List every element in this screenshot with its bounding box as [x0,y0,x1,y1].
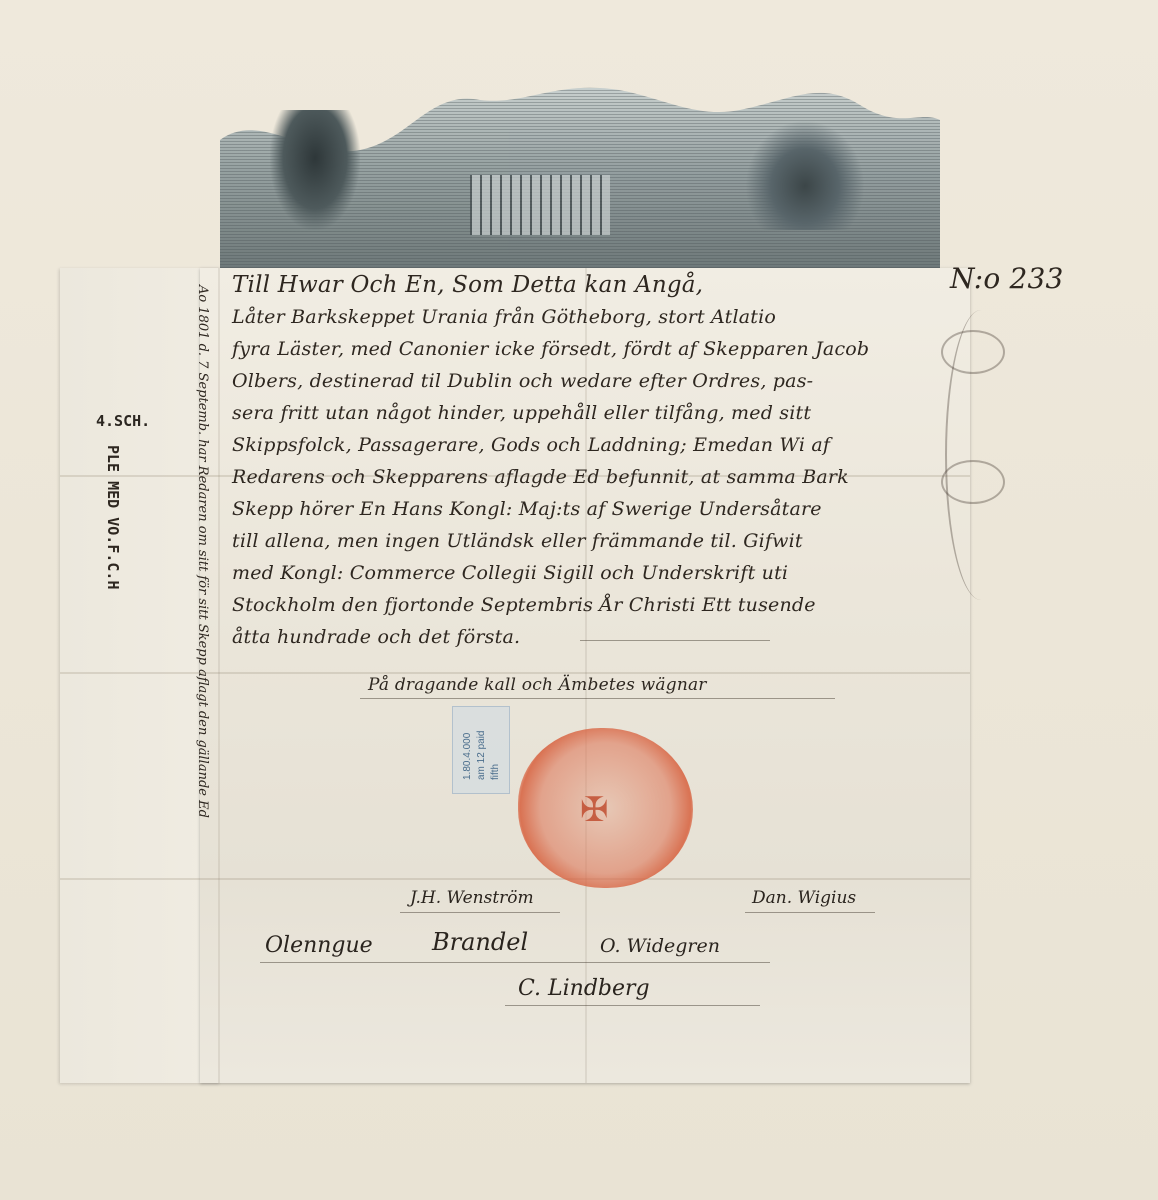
signature-rule [400,912,560,913]
body-line: Olbers, destinerad til Dublin och wedare… [232,370,813,392]
signature: Olenngue [265,933,373,958]
body-line: till allena, men ingen Utländsk eller fr… [232,530,803,552]
vertical-stamp: PLE MED VO.F.C.H [104,445,122,590]
closing-line: På dragande kall och Ämbetes wägnar [368,675,707,695]
body-line: åtta hundrade och det första. [232,626,520,648]
body-line: sera fritt utan något hinder, uppehåll e… [232,402,811,424]
fold-line [218,268,220,1083]
flourish-rule [580,640,770,641]
engraving-tree [270,110,360,230]
body-line: Redarens och Skepparens aflagde Ed befun… [232,466,849,488]
body-line: med Kongl: Commerce Collegii Sigill och … [232,562,788,584]
seal-emblem-icon: ✠ [580,790,609,830]
signature-rule [260,962,770,963]
engraving-crates [470,175,610,235]
signature: Brandel [432,928,528,956]
body-line: Skippsfolck, Passagerare, Gods och Laddn… [232,434,830,456]
calligraphic-flourish [945,310,1017,600]
body-line: Till Hwar Och En, Som Detta kan Angå, [232,272,703,298]
postage-stamp-text: 4.SCH. [96,412,150,430]
signature: J.H. Wenström [410,888,534,908]
sticker-line: 1.80.4.000 [462,733,473,780]
closing-rule [360,698,835,699]
sticker-line: fifth [490,764,501,780]
margin-note: Ao 1801 d. 7 Septemb. har Redaren om sit… [195,285,210,818]
sticker-line: am 12 paid [476,731,487,780]
body-line: fyra Läster, med Canonier icke försedt, … [232,338,869,360]
body-line: Stockholm den fjortonde Septembris År Ch… [232,594,816,616]
body-line: Skepp hörer En Hans Kongl: Maj:ts af Swe… [232,498,822,520]
passport-number: N:o 233 [950,262,1064,295]
signature: Dan. Wigius [752,888,856,908]
signature: C. Lindberg [518,976,650,1001]
body-line: Låter Barkskeppet Urania från Götheborg,… [232,306,776,328]
signature: O. Widegren [600,935,720,957]
signature-rule [745,912,875,913]
engraving-ship-icon [745,120,865,230]
signature-rule [505,1005,760,1006]
fold-line [60,878,970,880]
